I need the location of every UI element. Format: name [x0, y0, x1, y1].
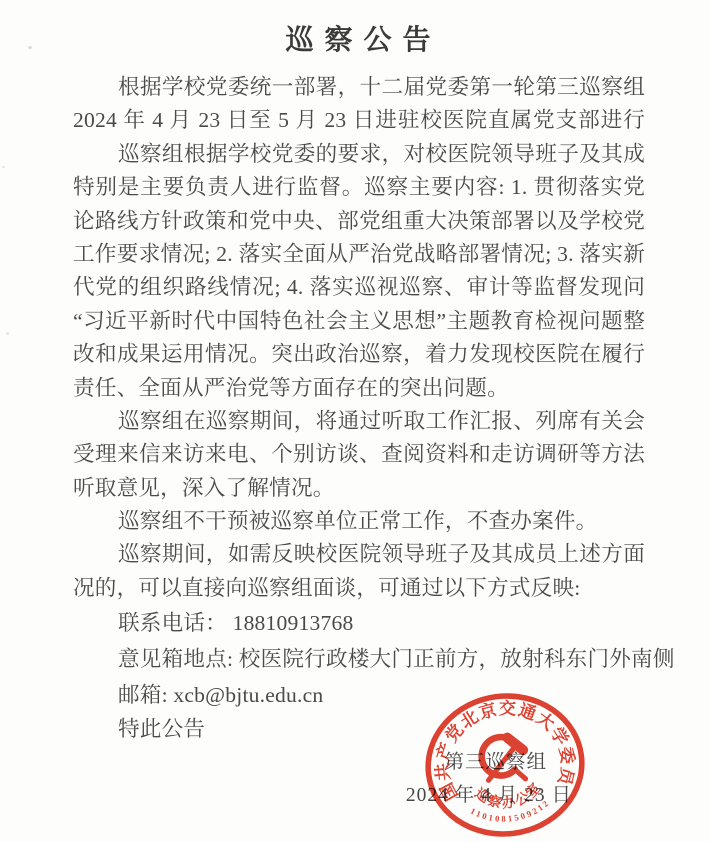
- body-line: “习近平新时代中国特色社会主义思想”主题教育检视问题整: [73, 305, 645, 338]
- seal-ring-text: 中国共产党北京交通大学委员会: [415, 683, 582, 808]
- document-title: 巡 察 公 告: [73, 18, 645, 58]
- body-line: 代党的组织路线情况; 4. 落实巡视巡察、审计等监督发现问题和: [73, 271, 645, 304]
- body-line: 特别是主要负责人进行监督。巡察主要内容: 1. 贯彻落实党的理: [73, 171, 645, 204]
- body-line: 工作要求情况; 2. 落实全面从严治党战略部署情况; 3. 落实新时: [73, 238, 645, 271]
- body-line: 巡察组根据学校党委的要求，对校医院领导班子及其成员: [73, 138, 645, 171]
- body-line: 责任、全面从严治党等方面存在的突出问题。: [73, 372, 645, 405]
- scan-speck: [28, 46, 32, 49]
- body-line: 意见箱地点: 校医院行政楼大门正前方，放射科东门外南侧: [73, 641, 645, 677]
- body-line: 2024 年 4 月 23 日至 5 月 23 日进驻校医院直属党支部进行巡察。: [73, 104, 645, 137]
- announcement-document: 巡 察 公 告 根据学校党委统一部署，十二届党委第一轮第三巡察组于2024 年 …: [0, 0, 710, 842]
- body-line: 况的，可以直接向巡察组面谈，可通过以下方式反映:: [73, 572, 645, 605]
- body-line: 听取意见，深入了解情况。: [73, 472, 645, 505]
- official-seal: 中国共产党北京交通大学委员会 巡察办公室 1101081509212: [415, 683, 596, 842]
- body-line: 巡察组在巡察期间，将通过听取工作汇报、列席有关会议、: [73, 405, 645, 438]
- body-line: 联系电话： 18810913768: [73, 605, 645, 641]
- body-line: 根据学校党委统一部署，十二届党委第一轮第三巡察组于: [73, 71, 645, 104]
- scan-speck: [2, 166, 5, 168]
- body-line: 巡察期间，如需反映校医院领导班子及其成员上述方面情: [73, 538, 645, 571]
- body-line: 巡察组不干预被巡察单位正常工作，不查办案件。: [73, 505, 645, 538]
- hammer-sickle-icon: [479, 734, 526, 783]
- document-body: 根据学校党委统一部署，十二届党委第一轮第三巡察组于2024 年 4 月 23 日…: [73, 71, 645, 747]
- scan-speck: [6, 332, 9, 335]
- body-line: 论路线方针政策和党中央、部党组重大决策部署以及学校党委: [73, 205, 645, 238]
- body-line: 改和成果运用情况。突出政治巡察，着力发现校医院在履行职能: [73, 338, 645, 371]
- body-line: 受理来信来访来电、个别访谈、查阅资料和走访调研等方法广泛: [73, 438, 645, 471]
